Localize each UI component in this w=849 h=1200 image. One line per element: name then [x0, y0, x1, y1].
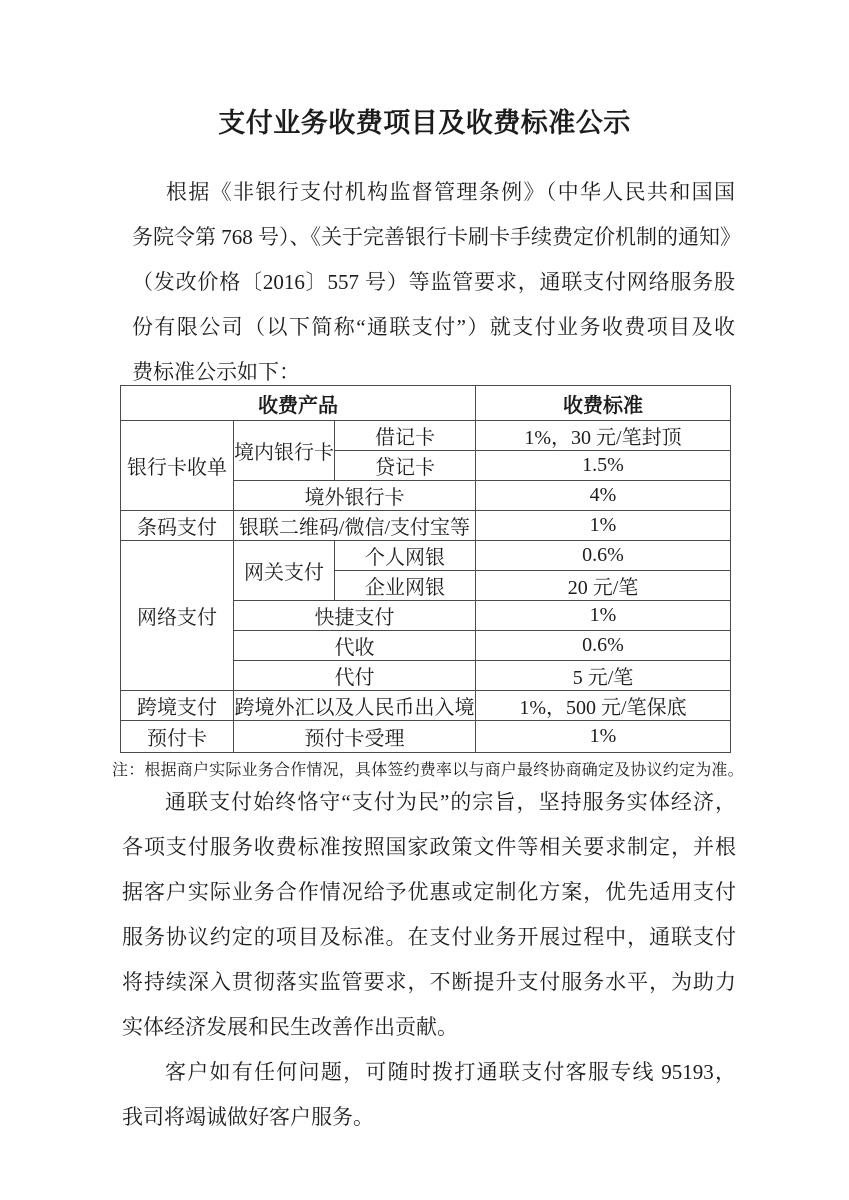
- cell-category: 跨境支付: [121, 691, 234, 721]
- text-line: 据客户实际业务合作情况给予优惠或定制化方案，优先适用支付: [122, 870, 736, 915]
- body-text-block: 通联支付始终恪守“支付为民”的宗旨，坚持服务实体经济， 各项支付服务收费标准按照…: [122, 780, 736, 1140]
- cell-fee: 5 元/笔: [476, 661, 731, 691]
- text-line: 我司将竭诚做好客户服务。: [122, 1095, 736, 1140]
- text-line: 根据《非银行支付机构监督管理条例》（中华人民共和国国: [132, 170, 735, 215]
- cell-item: 境外银行卡: [234, 481, 476, 511]
- cell-subcategory: 网关支付: [234, 541, 335, 601]
- cell-fee: 20 元/笔: [476, 571, 731, 601]
- table-footnote: 注：根据商户实际业务合作情况，具体签约费率以与商户最终协商确定及协议约定为准。: [112, 757, 744, 780]
- fee-table: 收费产品 收费标准 银行卡收单 境内银行卡 借记卡 1%，30 元/笔封顶 贷记…: [120, 385, 731, 753]
- cell-fee: 1%: [476, 601, 731, 631]
- cell-item: 企业网银: [335, 571, 476, 601]
- header-cell-product: 收费产品: [121, 386, 476, 421]
- cell-item: 预付卡受理: [234, 721, 476, 753]
- cell-fee: 0.6%: [476, 631, 731, 661]
- text-line: 服务协议约定的项目及标准。在支付业务开展过程中，通联支付: [122, 915, 736, 960]
- cell-item: 贷记卡: [335, 451, 476, 481]
- cell-item: 借记卡: [335, 421, 476, 451]
- text-line: （发改价格〔2016〕557 号）等监管要求，通联支付网络服务股: [132, 260, 735, 305]
- cell-subcategory: 境内银行卡: [234, 421, 335, 481]
- cell-item: 代付: [234, 661, 476, 691]
- cell-item: 银联二维码/微信/支付宝等: [234, 511, 476, 541]
- header-cell-standard: 收费标准: [476, 386, 731, 421]
- table-row: 银行卡收单 境内银行卡 借记卡 1%，30 元/笔封顶: [121, 421, 731, 451]
- table-row: 条码支付 银联二维码/微信/支付宝等 1%: [121, 511, 731, 541]
- closing-paragraph: 客户如有任何问题，可随时拨打通联支付客服专线 95193， 我司将竭诚做好客户服…: [122, 1050, 736, 1140]
- cell-item: 快捷支付: [234, 601, 476, 631]
- cell-fee: 0.6%: [476, 541, 731, 571]
- cell-fee: 4%: [476, 481, 731, 511]
- text-line: 将持续深入贯彻落实监管要求，不断提升支付服务水平，为助力: [122, 960, 736, 1005]
- table-row: 网络支付 网关支付 个人网银 0.6%: [121, 541, 731, 571]
- text-line: 客户如有任何问题，可随时拨打通联支付客服专线 95193，: [122, 1050, 736, 1095]
- cell-item: 个人网银: [335, 541, 476, 571]
- cell-category: 网络支付: [121, 541, 234, 691]
- text-line: 务院令第 768 号）、《关于完善银行卡刷卡手续费定价机制的通知》: [132, 215, 735, 260]
- body-paragraph: 通联支付始终恪守“支付为民”的宗旨，坚持服务实体经济， 各项支付服务收费标准按照…: [122, 780, 736, 1050]
- cell-category: 条码支付: [121, 511, 234, 541]
- cell-fee: 1%，500 元/笔保底: [476, 691, 731, 721]
- document-page: 支付业务收费项目及收费标准公示 根据《非银行支付机构监督管理条例》（中华人民共和…: [0, 0, 849, 1200]
- cell-fee: 1%，30 元/笔封顶: [476, 421, 731, 451]
- text-line: 通联支付始终恪守“支付为民”的宗旨，坚持服务实体经济，: [122, 780, 736, 825]
- cell-fee: 1.5%: [476, 451, 731, 481]
- table-header-row: 收费产品 收费标准: [121, 386, 731, 421]
- cell-category: 银行卡收单: [121, 421, 234, 511]
- cell-fee: 1%: [476, 511, 731, 541]
- text-line: 各项支付服务收费标准按照国家政策文件等相关要求制定，并根: [122, 825, 736, 870]
- cell-fee: 1%: [476, 721, 731, 753]
- table-row: 跨境支付 跨境外汇以及人民币出入境 1%，500 元/笔保底: [121, 691, 731, 721]
- page-title: 支付业务收费项目及收费标准公示: [0, 101, 849, 140]
- cell-item: 代收: [234, 631, 476, 661]
- intro-paragraph: 根据《非银行支付机构监督管理条例》（中华人民共和国国 务院令第 768 号）、《…: [132, 170, 735, 395]
- cell-category: 预付卡: [121, 721, 234, 753]
- table-row: 预付卡 预付卡受理 1%: [121, 721, 731, 753]
- text-line: 份有限公司（以下简称“通联支付”）就支付业务收费项目及收: [132, 305, 735, 350]
- text-line: 实体经济发展和民生改善作出贡献。: [122, 1005, 736, 1050]
- cell-item: 跨境外汇以及人民币出入境: [234, 691, 476, 721]
